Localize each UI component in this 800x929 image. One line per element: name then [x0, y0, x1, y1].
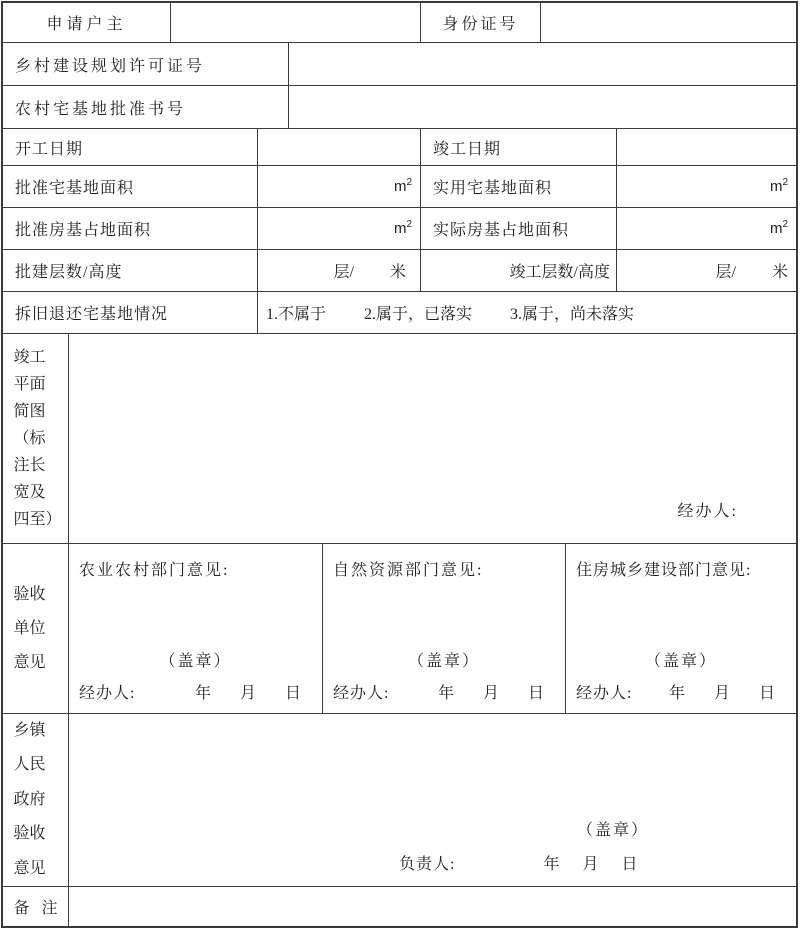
sketch-title-line: 平面 [14, 371, 58, 398]
area-unit: m [394, 220, 407, 237]
area-unit: m [770, 220, 783, 237]
demolition-option-1: 1.不属于 [266, 301, 326, 324]
township-title-line: 验收 [14, 817, 58, 852]
demolition-option-3: 3.属于，尚未落实 [510, 301, 634, 324]
date-year: 年 [669, 680, 686, 703]
planning-permit-label-text: 乡村建设规划许可证号 [15, 53, 205, 76]
natural-resources-dept-sign-line: 经办人: 年 月 日 [323, 680, 565, 703]
township-title-line: 意见 [14, 852, 58, 886]
start-date-label: 开工日期 [3, 129, 258, 165]
township-opinion-cell: （盖章） 负责人: 年 月 日 [69, 714, 796, 886]
sketch-title-line: 宽及 [14, 479, 58, 506]
row-homestead-approval: 农村宅基地批准书号 [3, 86, 796, 129]
stamp-label: （盖章） [566, 648, 796, 671]
actual-homestead-area-text: 实用宅基地面积 [433, 175, 552, 198]
completed-floors-text: 竣工层数/高度 [510, 259, 610, 282]
agriculture-dept-sign-line: 经办人: 年 月 日 [69, 680, 322, 703]
demolition-return-options: 1.不属于 2.属于，已落实 3.属于，尚未落实 [258, 292, 796, 333]
date-month: 月 [582, 851, 599, 874]
row-sketch: 竣工 平面 简图 （标 注长 宽及 四至） 经办人: [3, 334, 796, 544]
township-title: 乡镇 人民 政府 验收 意见 [3, 714, 69, 886]
area-unit: m [770, 178, 783, 195]
date-day: 日 [528, 680, 545, 703]
approved-building-area-label: 批准房基占地面积 [3, 208, 258, 249]
acceptance-title-line: 单位 [14, 612, 58, 646]
area-unit: m [394, 178, 407, 195]
actual-building-area-label: 实际房基占地面积 [421, 208, 617, 249]
sketch-title: 竣工 平面 简图 （标 注长 宽及 四至） [3, 334, 69, 543]
agriculture-dept-opinion-cell: 农业农村部门意见: （盖章） 经办人: 年 月 日 [69, 544, 323, 713]
township-title-line: 人民 [14, 748, 58, 783]
date-day: 日 [759, 680, 776, 703]
row-remarks: 备 注 [3, 887, 796, 926]
homestead-approval-label: 农村宅基地批准书号 [3, 86, 289, 128]
natural-resources-dept-opinion-title: 自然资源部门意见: [323, 557, 565, 580]
housing-construction-dept-opinion-title: 住房城乡建设部门意见: [566, 557, 796, 580]
date-month: 月 [240, 680, 257, 703]
floor-unit: 层/ [716, 259, 736, 282]
id-number-value-cell [541, 3, 796, 42]
sketch-title-line: 注长 [14, 452, 58, 479]
id-number-label-text: 身份证号 [442, 11, 518, 34]
agriculture-dept-opinion-title: 农业农村部门意见: [69, 557, 322, 580]
demolition-return-text: 拆旧退还宅基地情况 [15, 301, 168, 324]
operator-label: 经办人: [79, 680, 135, 703]
sketch-canvas: 经办人: [69, 334, 796, 543]
area-unit-exponent: 2 [782, 220, 788, 230]
meter-unit: 米 [390, 259, 406, 282]
sketch-title-line: 简图 [14, 398, 58, 425]
date-year: 年 [195, 680, 212, 703]
remarks-label-text: 备 注 [13, 895, 57, 918]
sketch-title-line: 竣工 [14, 344, 58, 371]
row-township-opinion: 乡镇 人民 政府 验收 意见 （盖章） 负责人: 年 月 日 [3, 714, 796, 887]
start-date-value-cell [258, 129, 421, 165]
township-sign-line: 负责人: 年 月 日 [399, 851, 639, 874]
natural-resources-dept-opinion-cell: 自然资源部门意见: （盖章） 经办人: 年 月 日 [323, 544, 566, 713]
stamp-label: （盖章） [323, 648, 565, 671]
actual-building-area-value: m2 [617, 208, 796, 249]
remarks-value-cell [69, 887, 796, 926]
start-date-label-text: 开工日期 [15, 136, 83, 159]
approved-building-area-value: m2 [258, 208, 421, 249]
actual-homestead-area-value: m2 [617, 166, 796, 207]
operator-label: 经办人: [576, 680, 632, 703]
applicant-label-text: 申请户主 [46, 11, 126, 34]
township-title-line: 政府 [14, 783, 58, 818]
date-month: 月 [483, 680, 500, 703]
planning-permit-value-cell [289, 43, 796, 85]
date-day: 日 [621, 851, 638, 874]
homestead-completion-form: 申请户主 身份证号 乡村建设规划许可证号 农村宅基地批准书号 开工日期 竣工日期 [1, 1, 798, 928]
row-acceptance-opinions: 验收 单位 意见 农业农村部门意见: （盖章） 经办人: 年 月 日 自然资源部… [3, 544, 796, 714]
approved-building-area-text: 批准房基占地面积 [15, 217, 151, 240]
floor-unit: 层/ [334, 259, 354, 282]
applicant-value-cell [171, 3, 421, 42]
signature-space [389, 680, 438, 703]
approved-homestead-area-value: m2 [258, 166, 421, 207]
signature-space [455, 851, 543, 874]
approved-homestead-area-text: 批准宅基地面积 [15, 175, 134, 198]
area-unit-exponent: 2 [406, 220, 412, 230]
row-building-area: 批准房基占地面积 m2 实际房基占地面积 m2 [3, 208, 796, 250]
meter-unit: 米 [772, 259, 788, 282]
date-year: 年 [543, 851, 560, 874]
approved-floors-value: 层/ 米 [258, 250, 421, 291]
applicant-label: 申请户主 [3, 3, 171, 42]
operator-label: 经办人: [333, 680, 389, 703]
acceptance-title-line: 意见 [14, 646, 58, 680]
completed-floors-value: 层/ 米 [617, 250, 796, 291]
actual-homestead-area-label: 实用宅基地面积 [421, 166, 617, 207]
sketch-title-line: 四至） [14, 506, 58, 533]
row-floors-height: 批建层数/高度 层/ 米 竣工层数/高度 层/ 米 [3, 250, 796, 292]
housing-construction-dept-opinion-cell: 住房城乡建设部门意见: （盖章） 经办人: 年 月 日 [566, 544, 796, 713]
row-planning-permit: 乡村建设规划许可证号 [3, 43, 796, 86]
area-unit-exponent: 2 [782, 178, 788, 188]
township-head-label: 负责人: [399, 851, 455, 874]
approved-homestead-area-label: 批准宅基地面积 [3, 166, 258, 207]
area-unit-exponent: 2 [406, 178, 412, 188]
id-number-label: 身份证号 [421, 3, 541, 42]
row-demolition-return: 拆旧退还宅基地情况 1.不属于 2.属于，已落实 3.属于，尚未落实 [3, 292, 796, 334]
completion-date-label: 竣工日期 [421, 129, 617, 165]
approved-floors-text: 批建层数/高度 [15, 259, 122, 282]
signature-space [632, 680, 669, 703]
homestead-approval-label-text: 农村宅基地批准书号 [15, 96, 186, 119]
stamp-label: （盖章） [69, 648, 322, 671]
demolition-return-label: 拆旧退还宅基地情况 [3, 292, 258, 333]
acceptance-title: 验收 单位 意见 [3, 544, 69, 713]
date-month: 月 [714, 680, 731, 703]
planning-permit-label: 乡村建设规划许可证号 [3, 43, 289, 85]
completion-date-value-cell [617, 129, 796, 165]
township-stamp-label: （盖章） [577, 817, 649, 840]
sketch-operator-label: 经办人: [678, 498, 738, 521]
approved-floors-label: 批建层数/高度 [3, 250, 258, 291]
township-title-line: 乡镇 [14, 714, 58, 748]
demolition-option-2: 2.属于，已落实 [364, 301, 472, 324]
actual-building-area-text: 实际房基占地面积 [433, 217, 569, 240]
homestead-approval-value-cell [289, 86, 796, 128]
row-homestead-area: 批准宅基地面积 m2 实用宅基地面积 m2 [3, 166, 796, 208]
row-dates: 开工日期 竣工日期 [3, 129, 796, 166]
completed-floors-label: 竣工层数/高度 [421, 250, 617, 291]
row-applicant: 申请户主 身份证号 [3, 3, 796, 43]
acceptance-title-line: 验收 [14, 578, 58, 612]
signature-space [135, 680, 195, 703]
housing-construction-dept-sign-line: 经办人: 年 月 日 [566, 680, 796, 703]
date-day: 日 [285, 680, 302, 703]
completion-date-label-text: 竣工日期 [433, 136, 501, 159]
sketch-title-line: （标 [14, 425, 58, 452]
date-year: 年 [438, 680, 455, 703]
remarks-label: 备 注 [3, 887, 69, 926]
